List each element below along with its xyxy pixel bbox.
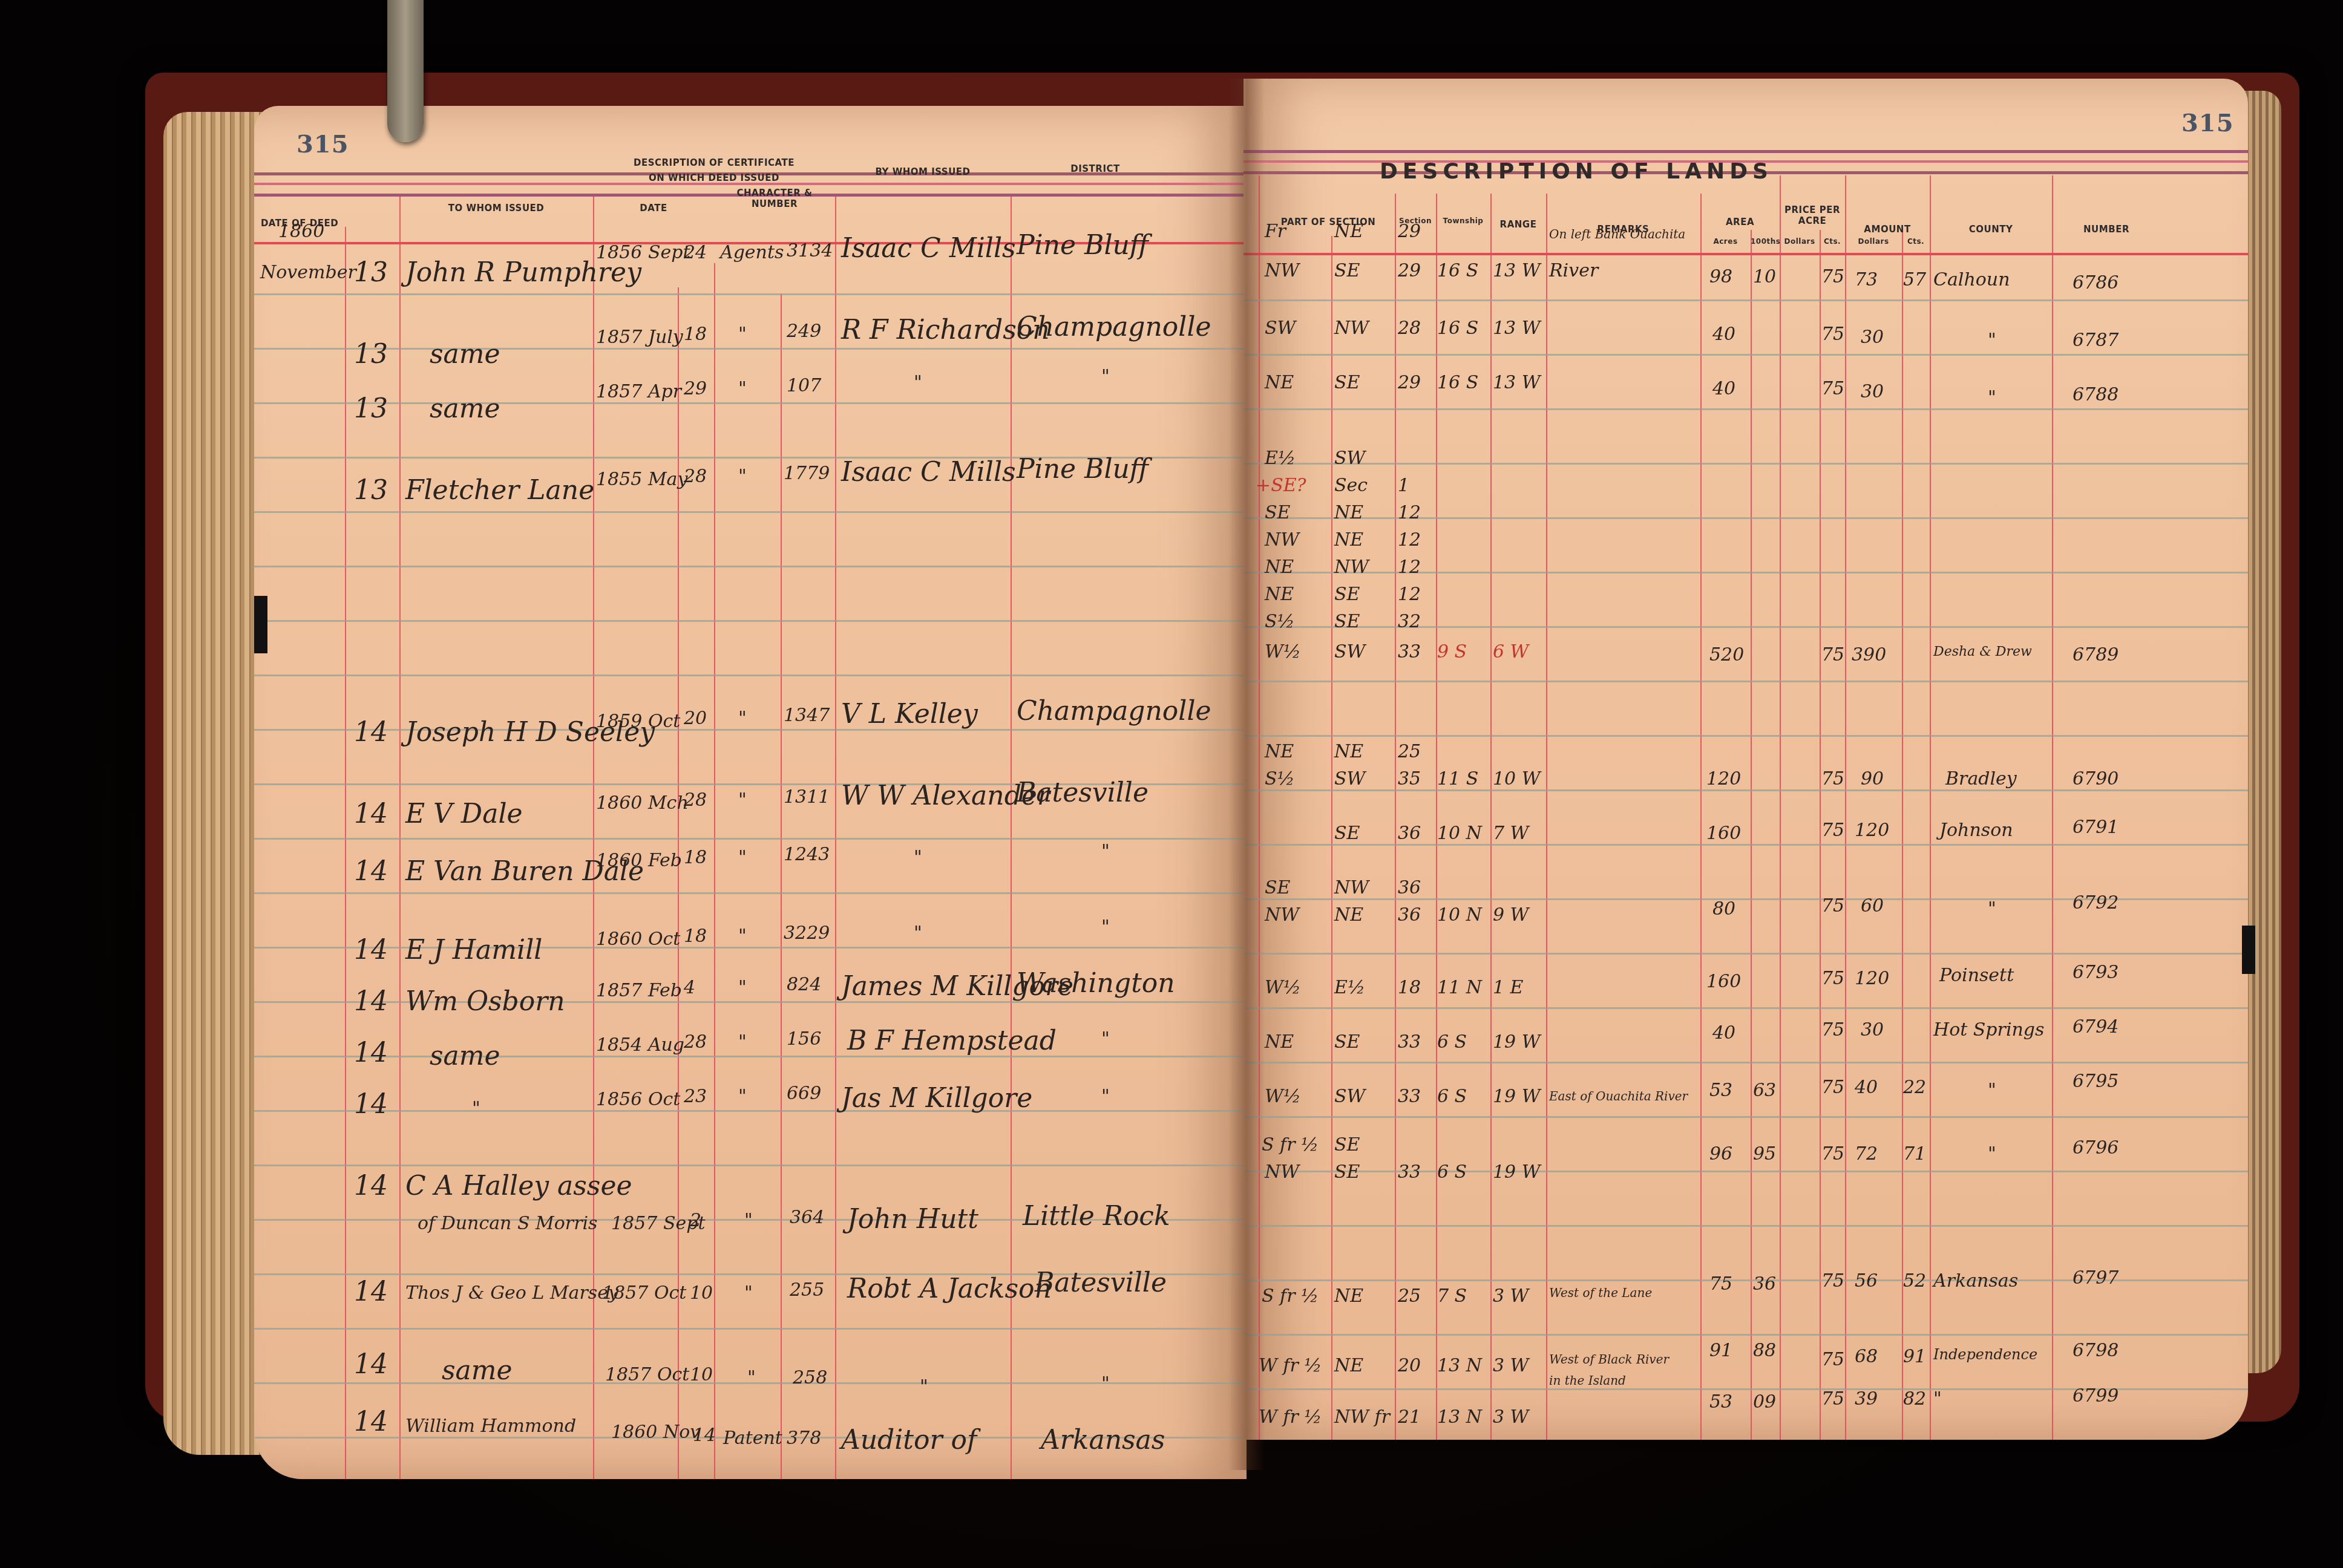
cert-number: 1311 xyxy=(784,786,830,808)
column-rule xyxy=(1331,236,1332,1440)
record-number: 6788 xyxy=(2073,384,2119,405)
cert-day: 10 xyxy=(690,1282,713,1304)
header-to-whom-issued: TO WHOM ISSUED xyxy=(399,203,593,214)
column-rule xyxy=(1780,175,1781,1440)
deed-day: 14 xyxy=(354,1406,388,1437)
record-number: 6790 xyxy=(2073,768,2119,789)
left-page: 315 DATE OF DEED TO WHOM ISSUED DESCRIPT… xyxy=(254,106,1247,1479)
amount-dollars: 68 xyxy=(1855,1346,1878,1367)
issued-by: " xyxy=(914,923,922,944)
part-b: SW xyxy=(1334,768,1365,789)
issued-by: B F Hempstead xyxy=(847,1025,1057,1056)
acres: 98 xyxy=(1709,266,1732,287)
cert-number: 107 xyxy=(787,375,821,396)
cert-character: " xyxy=(738,378,747,399)
header-amount-cts: Cts. xyxy=(1902,237,1930,246)
part-a: SE xyxy=(1265,877,1290,898)
district: " xyxy=(1101,1086,1110,1107)
district: " xyxy=(1101,841,1110,862)
column-rule xyxy=(1845,175,1846,1440)
ruled-line xyxy=(254,1165,1247,1166)
header-amount-dollars: Dollars xyxy=(1845,237,1902,246)
ruled-line xyxy=(254,947,1247,949)
cert-date: 1857 Oct xyxy=(602,1282,686,1304)
ruled-line xyxy=(1244,681,2248,682)
part-b: SE xyxy=(1334,1031,1360,1053)
amount-dollars: 90 xyxy=(1861,768,1884,789)
remarks: East of Ouachita River xyxy=(1549,1089,1688,1103)
header-price-dollars: Dollars xyxy=(1780,237,1820,246)
range: 13 W xyxy=(1493,260,1541,281)
ruled-line xyxy=(1244,408,2248,410)
price-cts: 75 xyxy=(1821,1077,1844,1098)
part-b: NE xyxy=(1334,904,1363,926)
ruled-line xyxy=(254,1110,1247,1112)
part-a: S fr ½ xyxy=(1262,1285,1319,1307)
part-b: SE xyxy=(1334,611,1360,632)
cert-number: 3229 xyxy=(784,923,830,944)
county: " xyxy=(1988,330,1996,351)
cert-number: 1243 xyxy=(784,844,830,865)
issued-by: Auditor of xyxy=(841,1425,977,1455)
issued-by: Isaac C Mills xyxy=(841,457,1016,488)
amount-dollars: 39 xyxy=(1855,1388,1878,1410)
cert-character: " xyxy=(738,1031,747,1053)
district: " xyxy=(1101,916,1110,938)
right-page: 315 DESCRIPTION OF LANDS PART OF SECTION… xyxy=(1244,79,2248,1440)
range: 10 W xyxy=(1493,768,1541,789)
record-number: 6795 xyxy=(2073,1071,2119,1092)
section: 33 xyxy=(1398,1086,1421,1107)
part-b: NW xyxy=(1334,557,1369,578)
part-a: SW xyxy=(1265,318,1296,339)
grantee-name: E V Dale xyxy=(405,799,523,829)
part-b: E½ xyxy=(1334,977,1365,998)
page-number-left: 315 xyxy=(297,130,349,158)
ruled-line xyxy=(254,620,1247,622)
district: " xyxy=(1101,366,1110,387)
deed-day: 14 xyxy=(354,856,388,887)
cert-date: 1857 Apr xyxy=(596,381,681,402)
part-b: NE xyxy=(1334,221,1363,242)
county: Calhoun xyxy=(1933,269,2010,290)
part-b: SW xyxy=(1334,448,1365,469)
cert-day: 29 xyxy=(684,378,707,399)
county: Johnson xyxy=(1939,820,2013,841)
ruled-line xyxy=(254,675,1247,676)
section: 28 xyxy=(1398,318,1421,339)
part-a: NW xyxy=(1265,904,1299,926)
remarks-line2: in the Island xyxy=(1549,1373,1626,1388)
part-b: NE xyxy=(1334,529,1363,550)
price-cts: 75 xyxy=(1821,1019,1844,1040)
part-b: SE xyxy=(1334,823,1360,844)
bookmark-ribbon xyxy=(387,0,424,142)
range: 19 W xyxy=(1493,1161,1541,1183)
amount-cts: 57 xyxy=(1903,269,1926,290)
section: 33 xyxy=(1398,1031,1421,1053)
ruled-line xyxy=(1244,354,2248,356)
ruled-line xyxy=(1244,299,2248,301)
part-b: SE xyxy=(1334,372,1360,393)
part-a: E½ xyxy=(1265,448,1296,469)
county: " xyxy=(1988,1143,1996,1165)
range: 9 W xyxy=(1493,904,1529,926)
county: Hot Springs xyxy=(1933,1019,2044,1040)
deed-day: 13 xyxy=(354,475,388,506)
section: 36 xyxy=(1398,877,1421,898)
cert-day: 18 xyxy=(684,324,707,345)
ruled-line xyxy=(1244,1007,2248,1009)
cert-day: 28 xyxy=(684,789,707,811)
acres: 160 xyxy=(1706,823,1741,844)
cert-date: 1860 Nov xyxy=(611,1422,700,1443)
section: 12 xyxy=(1398,502,1421,523)
header-township: Township xyxy=(1436,217,1490,225)
section: 12 xyxy=(1398,584,1421,605)
section: 29 xyxy=(1398,221,1421,242)
cert-number: 1779 xyxy=(784,463,830,484)
issued-by: Isaac C Mills xyxy=(841,233,1016,264)
part-a: Fr xyxy=(1265,221,1286,242)
district: Pine Bluff xyxy=(1017,454,1149,485)
county: " xyxy=(1988,898,1996,920)
remarks: On left Bank Ouachita xyxy=(1549,227,1685,241)
part-a: W½ xyxy=(1265,641,1301,662)
grantee-name: same xyxy=(430,339,500,370)
part-a: W½ xyxy=(1265,1086,1301,1107)
cert-number: 378 xyxy=(787,1428,821,1449)
acres: 520 xyxy=(1709,644,1744,665)
grantee-name: Wm Osborn xyxy=(405,986,565,1017)
ruled-line xyxy=(1244,1334,2248,1336)
township: 13 N xyxy=(1437,1355,1482,1376)
acres: 80 xyxy=(1712,898,1735,920)
record-number: 6798 xyxy=(2073,1340,2119,1361)
ruled-line xyxy=(1244,626,2248,628)
index-tab-mark xyxy=(2242,926,2255,974)
price-cts: 75 xyxy=(1821,378,1844,399)
amount-dollars: 120 xyxy=(1855,968,1889,989)
header-certificate-group: DESCRIPTION OF CERTIFICATE xyxy=(593,157,835,168)
range: 7 W xyxy=(1493,823,1529,844)
header-area: AREA xyxy=(1700,217,1780,227)
part-a: NE xyxy=(1265,557,1294,578)
deed-day: 14 xyxy=(354,1089,388,1120)
county: Desha & Drew xyxy=(1933,644,2032,659)
deed-day: 14 xyxy=(354,986,388,1017)
ruled-line xyxy=(254,402,1247,404)
range: 19 W xyxy=(1493,1031,1541,1053)
ruled-line xyxy=(1244,517,2248,519)
part-b: NE xyxy=(1334,1355,1363,1376)
ruled-line xyxy=(254,293,1247,295)
deed-day: 13 xyxy=(354,339,388,370)
acres: 40 xyxy=(1712,1022,1735,1044)
amount-dollars: 30 xyxy=(1861,381,1884,402)
price-cts: 75 xyxy=(1821,644,1844,665)
district: Little Rock xyxy=(1023,1201,1170,1232)
cert-date: 1854 Aug xyxy=(596,1034,684,1056)
header-cert-date: DATE xyxy=(593,203,714,214)
range: 13 W xyxy=(1493,372,1541,393)
county: Bradley xyxy=(1945,768,2017,789)
deed-day: 14 xyxy=(354,799,388,829)
column-rule xyxy=(1902,230,1903,1440)
acres: 160 xyxy=(1706,971,1741,992)
ruled-line xyxy=(254,566,1247,567)
ruled-line xyxy=(1244,463,2248,465)
cert-day: 2 xyxy=(690,1210,701,1231)
cert-day: 28 xyxy=(684,466,707,487)
range: 3 W xyxy=(1493,1355,1529,1376)
grantee-name: William Hammond xyxy=(405,1416,576,1437)
hundredths: 36 xyxy=(1753,1273,1776,1295)
header-number: NUMBER xyxy=(2052,224,2161,235)
deed-day: 13 xyxy=(354,393,388,424)
column-rule xyxy=(2052,175,2053,1440)
amount-dollars: 30 xyxy=(1861,1019,1884,1040)
section: 18 xyxy=(1398,977,1421,998)
part-a: SE xyxy=(1265,502,1290,523)
part-b: SE xyxy=(1334,584,1360,605)
issued-by: V L Kelley xyxy=(841,699,978,730)
cert-character: " xyxy=(738,466,747,487)
header-district: DISTRICT xyxy=(1011,163,1180,174)
range: 3 W xyxy=(1493,1285,1529,1307)
township: 9 S xyxy=(1437,641,1467,662)
cert-date: 1860 Oct xyxy=(596,929,680,950)
column-rule xyxy=(1490,194,1492,1440)
amount-dollars: 73 xyxy=(1855,269,1878,290)
ruled-line xyxy=(1244,1171,2248,1172)
column-rule xyxy=(345,227,346,1479)
part-b: Sec xyxy=(1334,475,1368,496)
part-a: NE xyxy=(1265,1031,1294,1053)
section: 12 xyxy=(1398,529,1421,550)
section: 32 xyxy=(1398,611,1421,632)
grantee-name: Thos J & Geo L Marsey xyxy=(405,1282,618,1304)
cert-day: 4 xyxy=(684,977,695,998)
amount-cts: 52 xyxy=(1903,1270,1926,1292)
price-cts: 75 xyxy=(1821,895,1844,916)
amount-dollars: 56 xyxy=(1855,1270,1878,1292)
county: " xyxy=(1988,387,1996,408)
cert-day: 24 xyxy=(684,242,707,263)
part-b: SE xyxy=(1334,1134,1360,1155)
cert-day: 23 xyxy=(684,1086,707,1107)
cert-number: 3134 xyxy=(787,240,833,261)
price-cts: 75 xyxy=(1821,1270,1844,1292)
amount-cts: 71 xyxy=(1903,1143,1926,1165)
acres: 91 xyxy=(1709,1340,1732,1361)
district: " xyxy=(1101,1373,1110,1394)
county: " xyxy=(1933,1388,1942,1410)
amount-dollars: 60 xyxy=(1861,895,1884,916)
record-number: 6791 xyxy=(2073,817,2119,838)
header-county: COUNTY xyxy=(1930,224,2052,235)
ruled-line xyxy=(1244,953,2248,955)
part-a: S fr ½ xyxy=(1262,1134,1319,1155)
cert-date: 1857 Feb xyxy=(596,980,682,1001)
cert-character: " xyxy=(738,977,747,998)
deed-day: 14 xyxy=(354,935,388,965)
cert-number: 1347 xyxy=(784,705,830,726)
acres: 96 xyxy=(1709,1143,1732,1165)
township: 6 S xyxy=(1437,1161,1467,1183)
record-number: 6792 xyxy=(2073,892,2119,913)
district: Washington xyxy=(1017,968,1175,999)
part-a: W fr ½ xyxy=(1259,1406,1322,1428)
section: 36 xyxy=(1398,823,1421,844)
township: 7 S xyxy=(1437,1285,1467,1307)
section: 21 xyxy=(1398,1406,1421,1428)
part-a: S½ xyxy=(1265,768,1295,789)
ruled-line xyxy=(254,511,1247,513)
grantee-name-line2: of Duncan S Morris xyxy=(418,1213,597,1234)
amount-cts: 91 xyxy=(1903,1346,1926,1367)
ruled-line xyxy=(254,1056,1247,1057)
cert-day: 18 xyxy=(684,847,707,868)
county: Arkansas xyxy=(1933,1270,2018,1292)
part-b: NE xyxy=(1334,502,1363,523)
price-cts: 75 xyxy=(1821,324,1844,345)
section: 29 xyxy=(1398,260,1421,281)
remarks: West of Black River xyxy=(1549,1352,1669,1367)
part-b: SE xyxy=(1334,260,1360,281)
column-rule xyxy=(781,293,782,1479)
acres: 40 xyxy=(1712,378,1735,399)
issued-by: " xyxy=(920,1376,928,1397)
section: 33 xyxy=(1398,1161,1421,1183)
township: 11 S xyxy=(1437,768,1478,789)
remarks: River xyxy=(1549,260,1598,281)
ruled-line xyxy=(1244,735,2248,737)
cert-date: 1855 May xyxy=(596,469,687,490)
section: 36 xyxy=(1398,904,1421,926)
range: 13 W xyxy=(1493,318,1541,339)
section: 29 xyxy=(1398,372,1421,393)
acres: 40 xyxy=(1712,324,1735,345)
range: 6 W xyxy=(1493,641,1529,662)
part-b: NE xyxy=(1334,741,1363,762)
grantee-name: E J Hamill xyxy=(405,935,542,965)
part-a: NW xyxy=(1265,529,1299,550)
grantee-name: same xyxy=(442,1355,513,1386)
ruled-line xyxy=(254,729,1247,731)
cert-character: " xyxy=(738,847,747,868)
township: 10 N xyxy=(1437,904,1482,926)
cert-number: 669 xyxy=(787,1083,821,1104)
header-range: RANGE xyxy=(1490,219,1546,230)
price-cts: 75 xyxy=(1821,968,1844,989)
cert-number: 249 xyxy=(787,321,821,342)
deed-day: 14 xyxy=(354,717,388,748)
cert-date: 1856 Oct xyxy=(596,1089,680,1110)
deed-day: 14 xyxy=(354,1276,388,1307)
cert-character: " xyxy=(744,1210,753,1231)
issued-by: Jas M Killgore xyxy=(841,1083,1032,1114)
acres: 120 xyxy=(1706,768,1741,789)
cert-day: 18 xyxy=(684,926,707,947)
cert-date: 1859 Oct xyxy=(596,711,680,732)
part-b: NW fr xyxy=(1334,1406,1390,1428)
price-cts: 75 xyxy=(1821,1143,1844,1165)
index-tab-mark xyxy=(254,596,267,653)
ruled-line xyxy=(1244,1225,2248,1227)
record-number: 6787 xyxy=(2073,330,2119,351)
district: Batesville xyxy=(1035,1267,1167,1298)
cert-day: 20 xyxy=(684,708,707,729)
hundredths: 88 xyxy=(1753,1340,1776,1361)
remarks: West of the Lane xyxy=(1549,1285,1652,1300)
township: 6 S xyxy=(1437,1086,1467,1107)
deed-day: 13 xyxy=(354,257,388,288)
cert-character: " xyxy=(738,1086,747,1107)
deed-day: 14 xyxy=(354,1171,388,1201)
record-number: 6789 xyxy=(2073,644,2119,665)
cert-character: Agents xyxy=(720,242,784,263)
section: 1 xyxy=(1398,475,1409,496)
acres: 53 xyxy=(1709,1080,1732,1101)
price-cts: 75 xyxy=(1821,1349,1844,1370)
amount-dollars: 390 xyxy=(1852,644,1886,665)
township: 16 S xyxy=(1437,318,1478,339)
range: 3 W xyxy=(1493,1406,1529,1428)
ruled-line xyxy=(1244,844,2248,846)
record-number: 6796 xyxy=(2073,1137,2119,1158)
cert-character: " xyxy=(747,1367,756,1388)
header-price-cts: Cts. xyxy=(1820,237,1845,246)
ruled-line xyxy=(254,348,1247,350)
cert-number: 824 xyxy=(787,974,821,995)
grantee-name: Fletcher Lane xyxy=(405,475,594,506)
column-rule xyxy=(1700,194,1702,1440)
cert-day: 10 xyxy=(690,1364,713,1385)
cert-number: 255 xyxy=(790,1279,824,1301)
price-cts: 75 xyxy=(1821,1388,1844,1410)
cert-number: 258 xyxy=(793,1367,827,1388)
cert-date: 1856 Sept xyxy=(596,242,690,263)
part-b: SW xyxy=(1334,641,1365,662)
ruled-line xyxy=(1244,1062,2248,1063)
cert-character: " xyxy=(738,324,747,345)
amount-dollars: 72 xyxy=(1855,1143,1878,1165)
section: 12 xyxy=(1398,557,1421,578)
acres: 75 xyxy=(1709,1273,1732,1295)
record-number: 6786 xyxy=(2073,272,2119,293)
amount-dollars: 40 xyxy=(1855,1077,1878,1098)
cert-day: 28 xyxy=(684,1031,707,1053)
cert-character: " xyxy=(738,926,747,947)
township: 16 S xyxy=(1437,260,1478,281)
part-b: NW xyxy=(1334,318,1369,339)
ruled-line xyxy=(254,1328,1247,1330)
price-cts: 75 xyxy=(1821,266,1844,287)
amount-cts: 82 xyxy=(1903,1388,1926,1410)
amount-cts: 22 xyxy=(1903,1077,1926,1098)
record-number: 6799 xyxy=(2073,1385,2119,1406)
part-b: NW xyxy=(1334,877,1369,898)
district: Champagnolle xyxy=(1017,696,1211,727)
column-rule xyxy=(1395,194,1396,1440)
cert-day: 14 xyxy=(693,1425,716,1446)
header-rule xyxy=(1244,253,2248,255)
township: 16 S xyxy=(1437,372,1478,393)
ruled-line xyxy=(254,838,1247,840)
district: Champagnolle xyxy=(1017,312,1211,342)
part-a: W fr ½ xyxy=(1259,1355,1322,1376)
